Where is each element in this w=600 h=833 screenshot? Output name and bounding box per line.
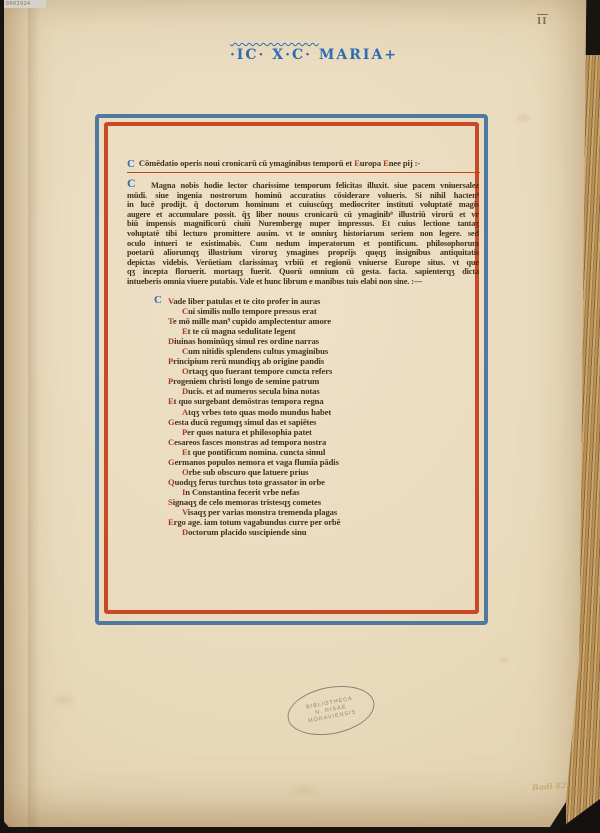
poem-line: Diuinas hominūqʒ simul res ordine narras — [154, 336, 474, 346]
paragraph-line: voluptatē tibi lecturo promittere ausim.… — [127, 229, 479, 239]
paragraph-line: augere et accumulare possit. q̄ʒ liber n… — [127, 210, 479, 220]
paragraph-line: oculo intueri te existimabis. Cum nedum … — [127, 239, 479, 249]
poem-line: In Constantina fecerit vrbe nefas — [154, 487, 474, 497]
manuscript-page: 0003924 II ·IC· X·C· MARIA+ CCōmēdatio o… — [4, 0, 588, 827]
poem-line: Et te cū magna sedulitate legent — [154, 326, 474, 336]
poem-line: Ducis. et ad numeros secula bina notas — [154, 386, 474, 396]
poem-line: Orbe sub obscuro que latuere prius — [154, 467, 474, 477]
title-text-segments: Cōmēdatio operis noui cronicarū cū ymagi… — [139, 158, 420, 168]
poem-line: Gesta ducū regumqʒ simul das et sapiētes — [154, 417, 474, 427]
paragraph-line: qʒ incepta floruerit. mortaqʒ fuerit. Qu… — [127, 267, 479, 277]
paragraph-line: mūdi. siue ingenia nostrorum hominū accu… — [127, 191, 479, 201]
dedication-poem: C Vade liber patulas et te cito profer i… — [154, 296, 474, 537]
poem-line: Doctorum placido suscipiende sinu — [154, 527, 474, 537]
title-pilcrow-initial: C — [127, 158, 135, 170]
title-text: uropa — [360, 158, 383, 168]
poem-line: Cum nitidis splendens cultus ymaginibus — [154, 346, 474, 356]
poem-line: Et quo surgebant demōstras tempora regna — [154, 396, 474, 406]
poem-line: Ortaqʒ quo fuerant tempore cuncta refers — [154, 366, 474, 376]
invocation-text: X·C· — [265, 47, 319, 63]
poem-line: Principium rerū mundiqʒ ab origine pandi… — [154, 356, 474, 366]
poem-line: Vade liber patulas et te cito profer in … — [154, 296, 474, 306]
library-stamp: BIBLIOTHECAN. RISAEMORAVIENSIS — [283, 679, 378, 742]
folio-number: II — [537, 14, 548, 27]
poem-line: Per quos natura et philosophia patet — [154, 427, 474, 437]
title-text: nee pij :- — [389, 158, 420, 168]
pencil-shelfmark: Badl 825 — [532, 780, 573, 793]
paragraph-line: poetarū aliorumqʒ illustrium viroruʒ yma… — [127, 248, 479, 258]
poem-line: Signaqʒ de celo memoras tristesqʒ comete… — [154, 497, 474, 507]
poem-line: Germanos populos nemora et vaga flumīa p… — [154, 457, 474, 467]
invocation-header: ·IC· X·C· MARIA+ — [154, 47, 474, 63]
poem-line: Et que pontificum nomina. cuncta simul — [154, 447, 474, 457]
paragraph-line: depictas videbis. Verūetiam clarissimaʒ … — [127, 258, 479, 268]
paragraph-line: biū impensis magnificorū ciuiū Nuremberg… — [127, 219, 479, 229]
poem-line: Ergo age. iam totum vagabundus curre per… — [154, 517, 474, 527]
paragraph-line: Magna nobis hodie lector charissime temp… — [127, 181, 479, 191]
paragraph-pilcrow-initial: C — [127, 179, 136, 189]
poem-line: Progeniem christi longo de semine patrum — [154, 376, 474, 386]
poem-line: Quodqʒ ferus turchus toto grassator in o… — [154, 477, 474, 487]
archive-serial-number: 0003924 — [4, 0, 46, 8]
invocation-text: ·IC· — [230, 47, 265, 63]
poem-pilcrow-initial: C — [154, 295, 162, 305]
title-text: Cōmēdatio operis noui cronicarū cū ymagi… — [139, 158, 354, 168]
paragraph-line: intueberis omnia viuere putabis. Vale et… — [127, 277, 479, 287]
poem-line: Te mō mille man⁹ cupido amplectentur amo… — [154, 316, 474, 326]
invocation-text: MARIA+ — [319, 47, 398, 63]
prologue-paragraph: C Magna nobis hodie lector charissime te… — [127, 181, 479, 287]
paragraph-line: in lucē prodijt. q̄ doctorum hominum et … — [127, 200, 479, 210]
poem-line: Visaqʒ per varias monstra tremenda plaga… — [154, 507, 474, 517]
poem-line: Atqʒ vrbes toto quas modo mundus habet — [154, 407, 474, 417]
commendation-title: CCōmēdatio operis noui cronicarū cū ymag… — [127, 158, 480, 173]
poem-line: Cui similis nullo tempore pressus erat — [154, 306, 474, 316]
photo-background: 0003924 II ·IC· X·C· MARIA+ CCōmēdatio o… — [0, 0, 600, 833]
poem-line: Cesareos fasces monstras ad tempora nost… — [154, 437, 474, 447]
